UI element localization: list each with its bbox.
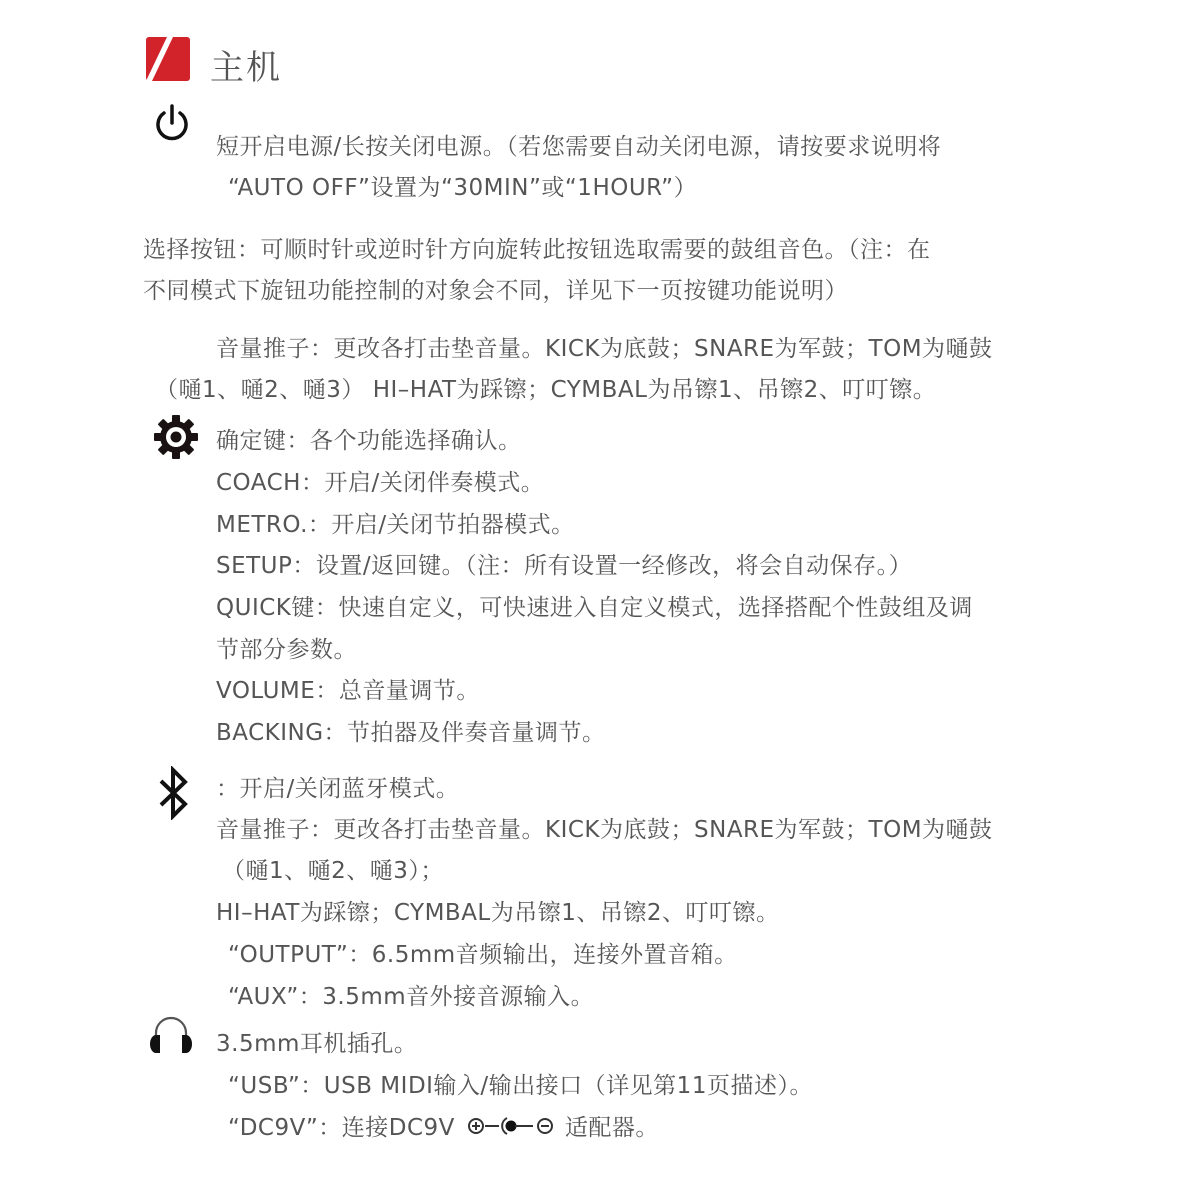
bluetooth-line-1: ：开启/关闭蓝牙模式。 [216, 770, 459, 803]
brand-logo-icon [146, 37, 190, 81]
dc-line: “DC9V”：连接DC9V 适配器。 [228, 1109, 659, 1142]
bluetooth-fader-line-1: 音量推子：更改各打击垫音量。KICK为底鼓；SNARE为军鼓；TOM为嗵鼓 [216, 811, 993, 844]
dc-suffix: 适配器。 [565, 1109, 659, 1142]
enter-line-1: 确定键：各个功能选择确认。 [216, 422, 522, 455]
headphone-icon [146, 1015, 196, 1055]
volume-line: VOLUME：总音量调节。 [216, 672, 480, 705]
bluetooth-icon [157, 766, 191, 820]
quick-line-1: QUICK键：快速自定义，可快速进入自定义模式，选择搭配个性鼓组及调 [216, 589, 973, 622]
fader-line-2: （嗵1、嗵2、嗵3） HI–HAT为踩镲；CYMBAL为吊镲1、吊镲2、叮叮镲。 [155, 371, 936, 404]
headphone-line: 3.5mm耳机插孔。 [216, 1025, 417, 1058]
usb-line: “USB”：USB MIDI输入/输出接口（详见第11页描述）。 [228, 1067, 813, 1100]
metro-line: METRO.：开启/关闭节拍器模式。 [216, 506, 575, 539]
dc-prefix: “DC9V”：连接DC9V [228, 1109, 455, 1142]
backing-line: BACKING：节拍器及伴奏音量调节。 [216, 714, 606, 747]
fader-line-1: 音量推子：更改各打击垫音量。KICK为底鼓；SNARE为军鼓；TOM为嗵鼓 [216, 330, 993, 363]
selector-line-2: 不同模式下旋钮功能控制的对象会不同，详见下一页按键功能说明） [143, 272, 848, 305]
output-line: “OUTPUT”：6.5mm音频输出，连接外置音箱。 [228, 936, 738, 969]
aux-line: “AUX”：3.5mm音外接音源输入。 [228, 978, 594, 1011]
page-title: 主机 [210, 40, 282, 89]
power-line-2: “AUTO OFF”设置为“30MIN”或“1HOUR”） [228, 169, 697, 202]
bluetooth-fader-line-3: HI–HAT为踩镲；CYMBAL为吊镲1、吊镲2、叮叮镲。 [216, 894, 780, 927]
dc-polarity-icon [467, 1114, 555, 1138]
gear-icon [153, 414, 199, 460]
power-icon [153, 103, 191, 145]
power-line-1: 短开启电源/长按关闭电源。（若您需要自动关闭电源，请按要求说明将 [216, 128, 941, 161]
quick-line-2: 节部分参数。 [216, 631, 357, 664]
selector-line-1: 选择按钮：可顺时针或逆时针方向旋转此按钮选取需要的鼓组音色。（注：在 [143, 231, 931, 264]
bluetooth-fader-line-2: （嗵1、嗵2、嗵3）； [222, 852, 444, 885]
setup-line: SETUP：设置/返回键。（注：所有设置一经修改，将会自动保存。） [216, 547, 912, 580]
coach-line: COACH：开启/关闭伴奏模式。 [216, 464, 544, 497]
